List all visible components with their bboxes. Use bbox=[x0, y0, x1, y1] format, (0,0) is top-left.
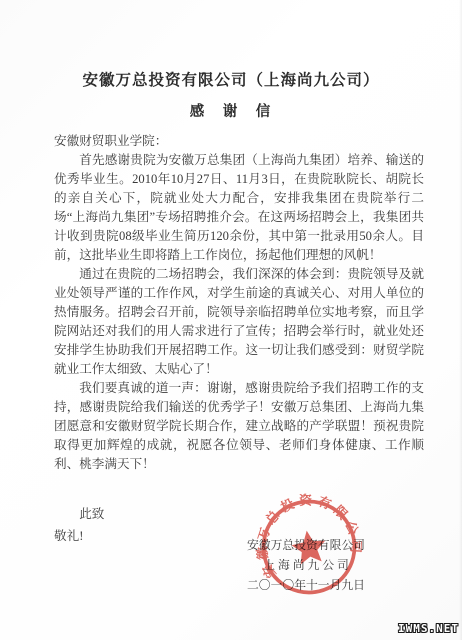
watermark: IWMS.NET bbox=[398, 622, 459, 635]
letter-title: 安徽万总投资有限公司（上海尚九公司） bbox=[0, 68, 462, 90]
paragraph-1: 首先感谢贵院为安徽万总集团（上海尚九集团）培养、输送的优秀毕业生。2010年10… bbox=[54, 151, 424, 265]
company-seal-stamp: 安徽万总投资有限公司 bbox=[239, 477, 379, 617]
letter-body: 安徽财贸职业学院： 首先感谢贵院为安徽万总集团（上海尚九集团）培养、输送的优秀毕… bbox=[54, 132, 424, 547]
paragraph-2: 通过在贵院的二场招聘会，我们深深的体会到：贵院领导及就业处领导严谨的工作作风，对… bbox=[54, 265, 424, 379]
paragraph-3: 我们要真诚的道一声：谢谢，感谢贵院给予我们招聘工作的支持，感谢贵院给我们输送的优… bbox=[54, 379, 424, 474]
scanned-letter-page: 安徽万总投资有限公司（上海尚九公司） 感 谢 信 安徽财贸职业学院： 首先感谢贵… bbox=[0, 0, 462, 640]
closing-cizhi: 此致 bbox=[54, 503, 424, 525]
seal-star-icon bbox=[290, 528, 328, 565]
salutation: 安徽财贸职业学院： bbox=[54, 132, 424, 151]
letter-subtitle: 感 谢 信 bbox=[0, 100, 462, 121]
